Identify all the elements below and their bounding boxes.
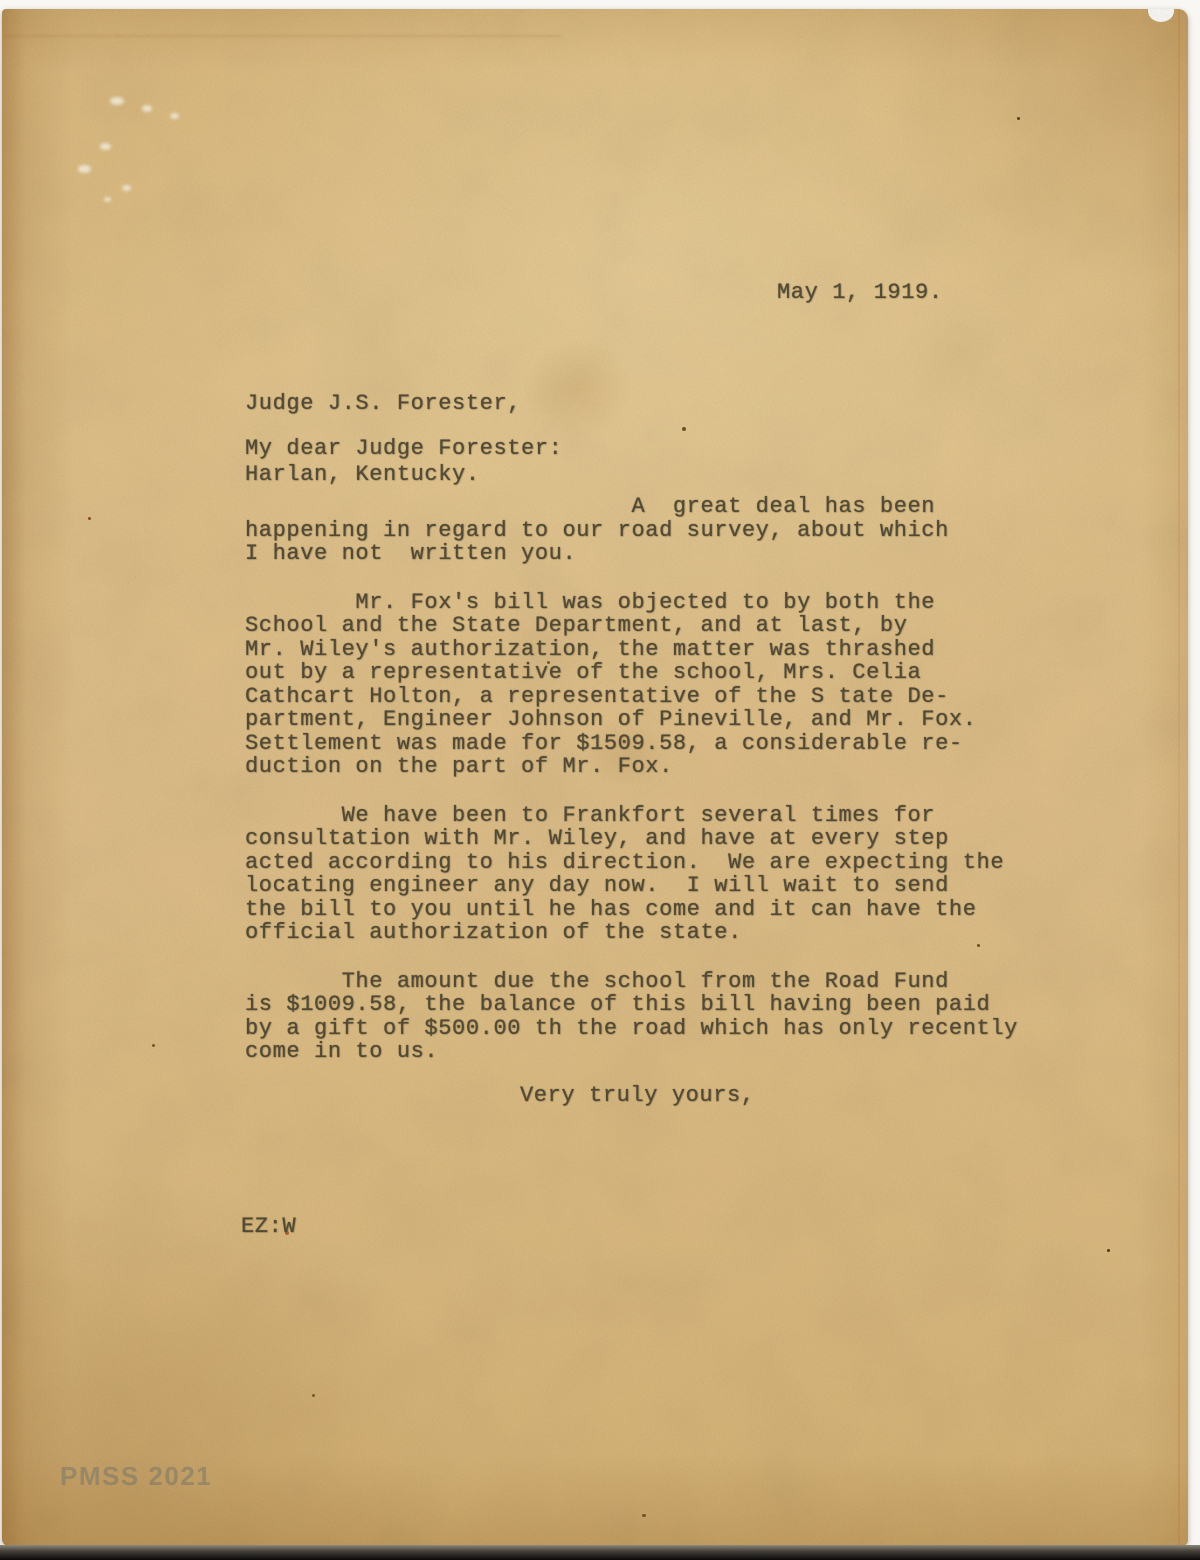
scanner-edge-shadow: [0, 1545, 1200, 1560]
paragraph: The amount due the school from the Road …: [245, 970, 1018, 1064]
stain: [522, 339, 632, 439]
paper-speck: [642, 1514, 646, 1517]
body-line: out by a representative of the school, M…: [245, 661, 1018, 685]
recipient-name: Judge J.S. Forester,: [245, 392, 521, 416]
salutation: My dear Judge Forester:: [245, 437, 562, 461]
body-line: partment, Engineer Johnson of Pineville,…: [245, 708, 1018, 732]
body-line: I have not written you.: [245, 542, 1018, 566]
letter-page: May 1, 1919. Judge J.S. Forester, Harlan…: [2, 9, 1188, 1546]
crease-mark: [104, 197, 111, 202]
body-line: Cathcart Holton, a representative of the…: [245, 685, 1018, 709]
body-line: the bill to you until he has come and it…: [245, 898, 1018, 922]
typist-initials: EZ:W: [241, 1215, 296, 1239]
body-line: School and the State Department, and at …: [245, 614, 1018, 638]
archive-watermark: PMSS 2021: [60, 1461, 212, 1492]
body-line: official authorization of the state.: [245, 921, 1018, 945]
paragraph: We have been to Frankfort several times …: [245, 804, 1018, 945]
paragraph: A great deal has beenhappening in regard…: [245, 495, 1018, 566]
paragraph: Mr. Fox's bill was objected to by both t…: [245, 591, 1018, 779]
top-right-notch: [1148, 9, 1174, 22]
body-line: come in to us.: [245, 1040, 1018, 1064]
body-line: consultation with Mr. Wiley, and have at…: [245, 827, 1018, 851]
crease-mark: [170, 113, 179, 119]
crease-mark: [100, 143, 111, 150]
paper-speck: [152, 1044, 155, 1047]
recipient-place: Harlan, Kentucky.: [245, 463, 521, 487]
paper-speck: [312, 1394, 315, 1397]
letter-date: May 1, 1919.: [777, 281, 943, 305]
letter-body: A great deal has beenhappening in regard…: [245, 495, 1018, 1089]
closing: Very truly yours,: [520, 1084, 755, 1108]
body-line: by a gift of $500.00 th the road which h…: [245, 1017, 1018, 1041]
scanned-letter-canvas: May 1, 1919. Judge J.S. Forester, Harlan…: [0, 0, 1200, 1560]
body-line: Mr. Fox's bill was objected to by both t…: [245, 591, 1018, 615]
paper-speck: [682, 427, 686, 431]
body-line: We have been to Frankfort several times …: [245, 804, 1018, 828]
paper-speck: [88, 517, 91, 520]
crease-mark: [142, 105, 152, 112]
body-line: acted according to his direction. We are…: [245, 851, 1018, 875]
paper-speck: [1107, 1249, 1110, 1252]
body-line: happening in regard to our road survey, …: [245, 519, 1018, 543]
crease-mark: [110, 97, 124, 105]
right-fold-line: [1178, 9, 1180, 1546]
body-line: Mr. Wiley's authorization, the matter wa…: [245, 638, 1018, 662]
crease-mark: [78, 165, 91, 173]
crease-mark: [122, 185, 131, 191]
paper-speck: [1017, 117, 1020, 120]
horizontal-crease: [2, 35, 562, 37]
body-line: duction on the part of Mr. Fox.: [245, 755, 1018, 779]
body-line: is $1009.58, the balance of this bill ha…: [245, 993, 1018, 1017]
body-line: Settlement was made for $1509.58, a cons…: [245, 732, 1018, 756]
body-line: A great deal has been: [245, 495, 1018, 519]
body-line: locating engineer any day now. I will wa…: [245, 874, 1018, 898]
body-line: The amount due the school from the Road …: [245, 970, 1018, 994]
